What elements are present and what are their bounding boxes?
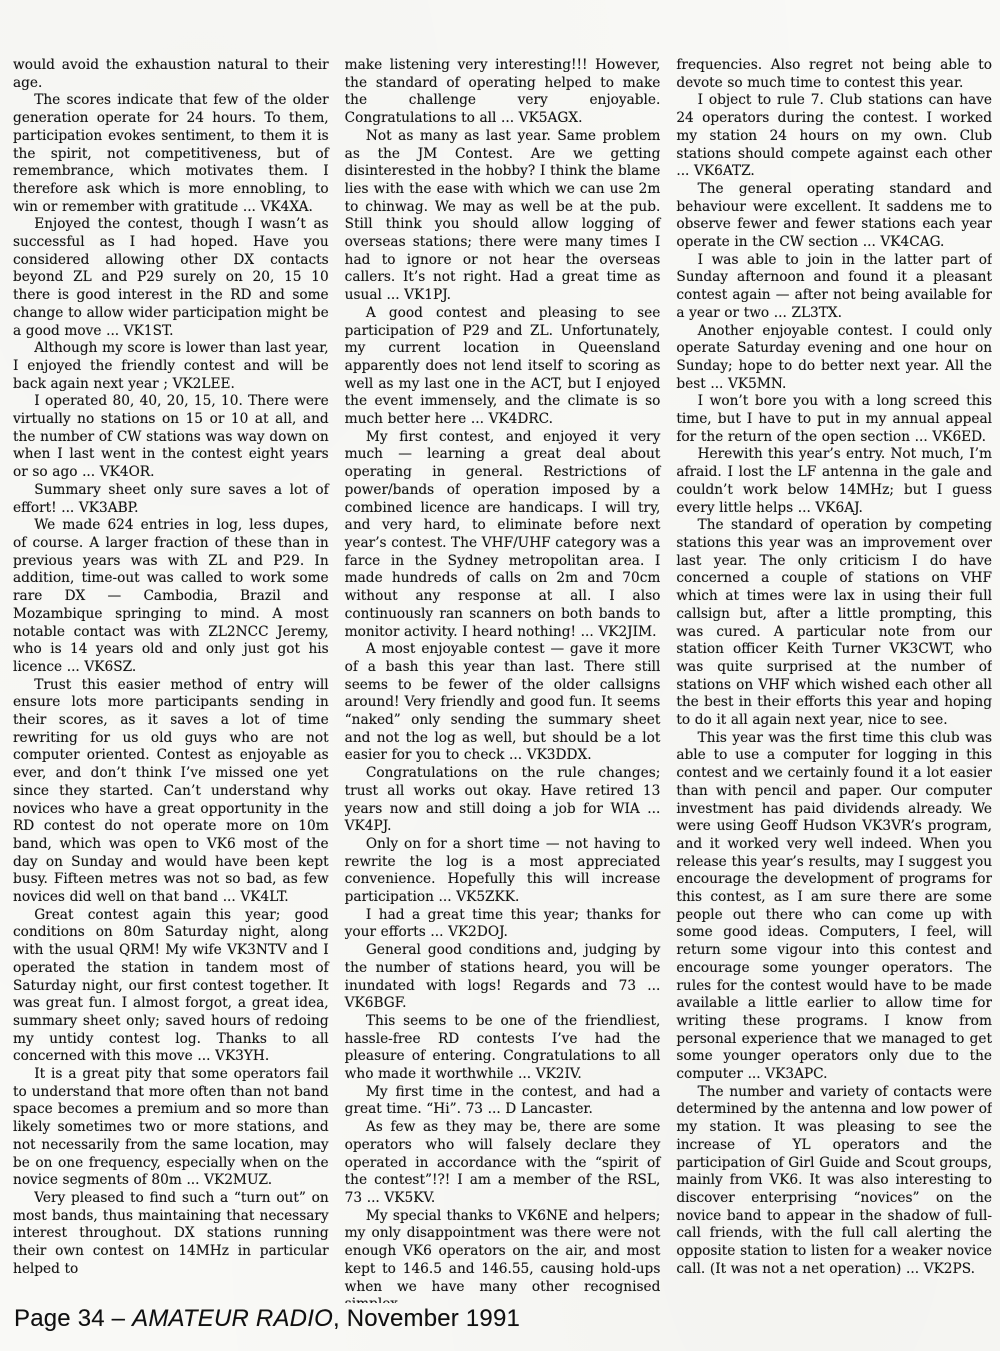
- paragraph: Not as many as last year. Same problem a…: [345, 128, 661, 305]
- paragraph: The general operating standard and behav…: [676, 181, 992, 252]
- paragraph: As few as they may be, there are some op…: [345, 1119, 661, 1208]
- paragraph: Enjoyed the contest, though I wasn’t as …: [13, 216, 329, 340]
- paragraph: A most enjoyable contest — gave it more …: [345, 641, 661, 765]
- paragraph: I won’t bore you with a long screed this…: [676, 393, 992, 446]
- paragraph: The number and variety of contacts were …: [676, 1084, 992, 1279]
- paragraph: would avoid the exhaustion natural to th…: [13, 57, 329, 92]
- paragraph: This year was the first time this club w…: [676, 730, 992, 1084]
- text-column-2: make listening very interesting!!! Howev…: [345, 57, 661, 1303]
- paragraph: I was able to join in the latter part of…: [676, 252, 992, 323]
- paragraph: Very pleased to find such a “turn out” o…: [13, 1190, 329, 1279]
- paragraph: My first contest, and enjoyed it very mu…: [345, 429, 661, 641]
- magazine-title: AMATEUR RADIO: [132, 1305, 333, 1332]
- paragraph: This seems to be one of the friendliest,…: [345, 1013, 661, 1084]
- text-column-1: would avoid the exhaustion natural to th…: [13, 57, 329, 1303]
- paragraph: Although my score is lower than last yea…: [13, 340, 329, 393]
- paragraph: A good contest and pleasing to see parti…: [345, 305, 661, 429]
- paragraph: I object to rule 7. Club stations can ha…: [676, 92, 992, 181]
- paragraph: Summary sheet only sure saves a lot of e…: [13, 482, 329, 517]
- paragraph: My special thanks to VK6NE and helpers; …: [345, 1208, 661, 1303]
- paragraph: I operated 80, 40, 20, 15, 10. There wer…: [13, 393, 329, 482]
- paragraph: make listening very interesting!!! Howev…: [345, 57, 661, 128]
- paragraph: Congratulations on the rule changes; tru…: [345, 765, 661, 836]
- page-number-label: Page 34 –: [14, 1305, 132, 1332]
- paragraph: Trust this easier method of entry will e…: [13, 677, 329, 907]
- text-column-3: frequencies. Also regret not being able …: [676, 57, 992, 1303]
- article-body: would avoid the exhaustion natural to th…: [13, 57, 992, 1303]
- paragraph: We made 624 entries in log, less dupes, …: [13, 517, 329, 676]
- paragraph: Herewith this year’s entry. Not much, I’…: [676, 446, 992, 517]
- issue-date: , November 1991: [333, 1305, 520, 1332]
- magazine-page: would avoid the exhaustion natural to th…: [0, 0, 1000, 1351]
- paragraph: My first time in the contest, and had a …: [345, 1084, 661, 1119]
- paragraph: I had a great time this year; thanks for…: [345, 907, 661, 942]
- page-footer: Page 34 – AMATEUR RADIO, November 1991: [14, 1305, 520, 1333]
- paragraph: The scores indicate that few of the olde…: [13, 92, 329, 216]
- paragraph: General good conditions and, judging by …: [345, 942, 661, 1013]
- paragraph: Great contest again this year; good cond…: [13, 907, 329, 1066]
- paragraph: Only on for a short time — not having to…: [345, 836, 661, 907]
- paragraph: frequencies. Also regret not being able …: [676, 57, 992, 92]
- paragraph: The standard of operation by competing s…: [676, 517, 992, 729]
- paragraph: Another enjoyable contest. I could only …: [676, 323, 992, 394]
- paragraph: It is a great pity that some operators f…: [13, 1066, 329, 1190]
